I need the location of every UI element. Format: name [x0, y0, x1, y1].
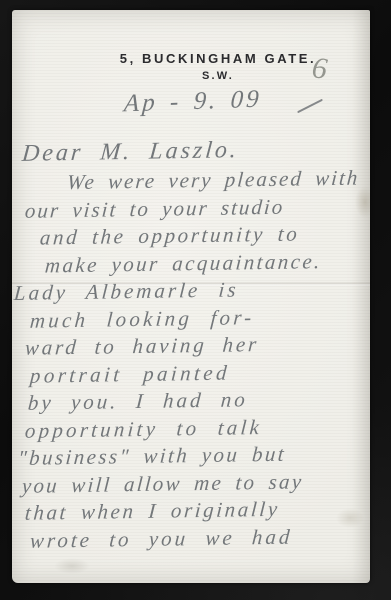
pencil-slash-mark [297, 99, 323, 113]
salutation: Dear M. Laszlo. [21, 137, 240, 168]
letter-body: We were very pleased with our visit to y… [12, 170, 370, 555]
letter-scan-background: 5, BUCKINGHAM GATE. S.W. 6 Ap - 9. 09 De… [0, 0, 391, 600]
handwritten-line: wrote to you we had [12, 522, 370, 555]
handwritten-date: Ap - 9. 09 [123, 86, 262, 119]
letter-paper: 5, BUCKINGHAM GATE. S.W. 6 Ap - 9. 09 De… [12, 10, 370, 583]
